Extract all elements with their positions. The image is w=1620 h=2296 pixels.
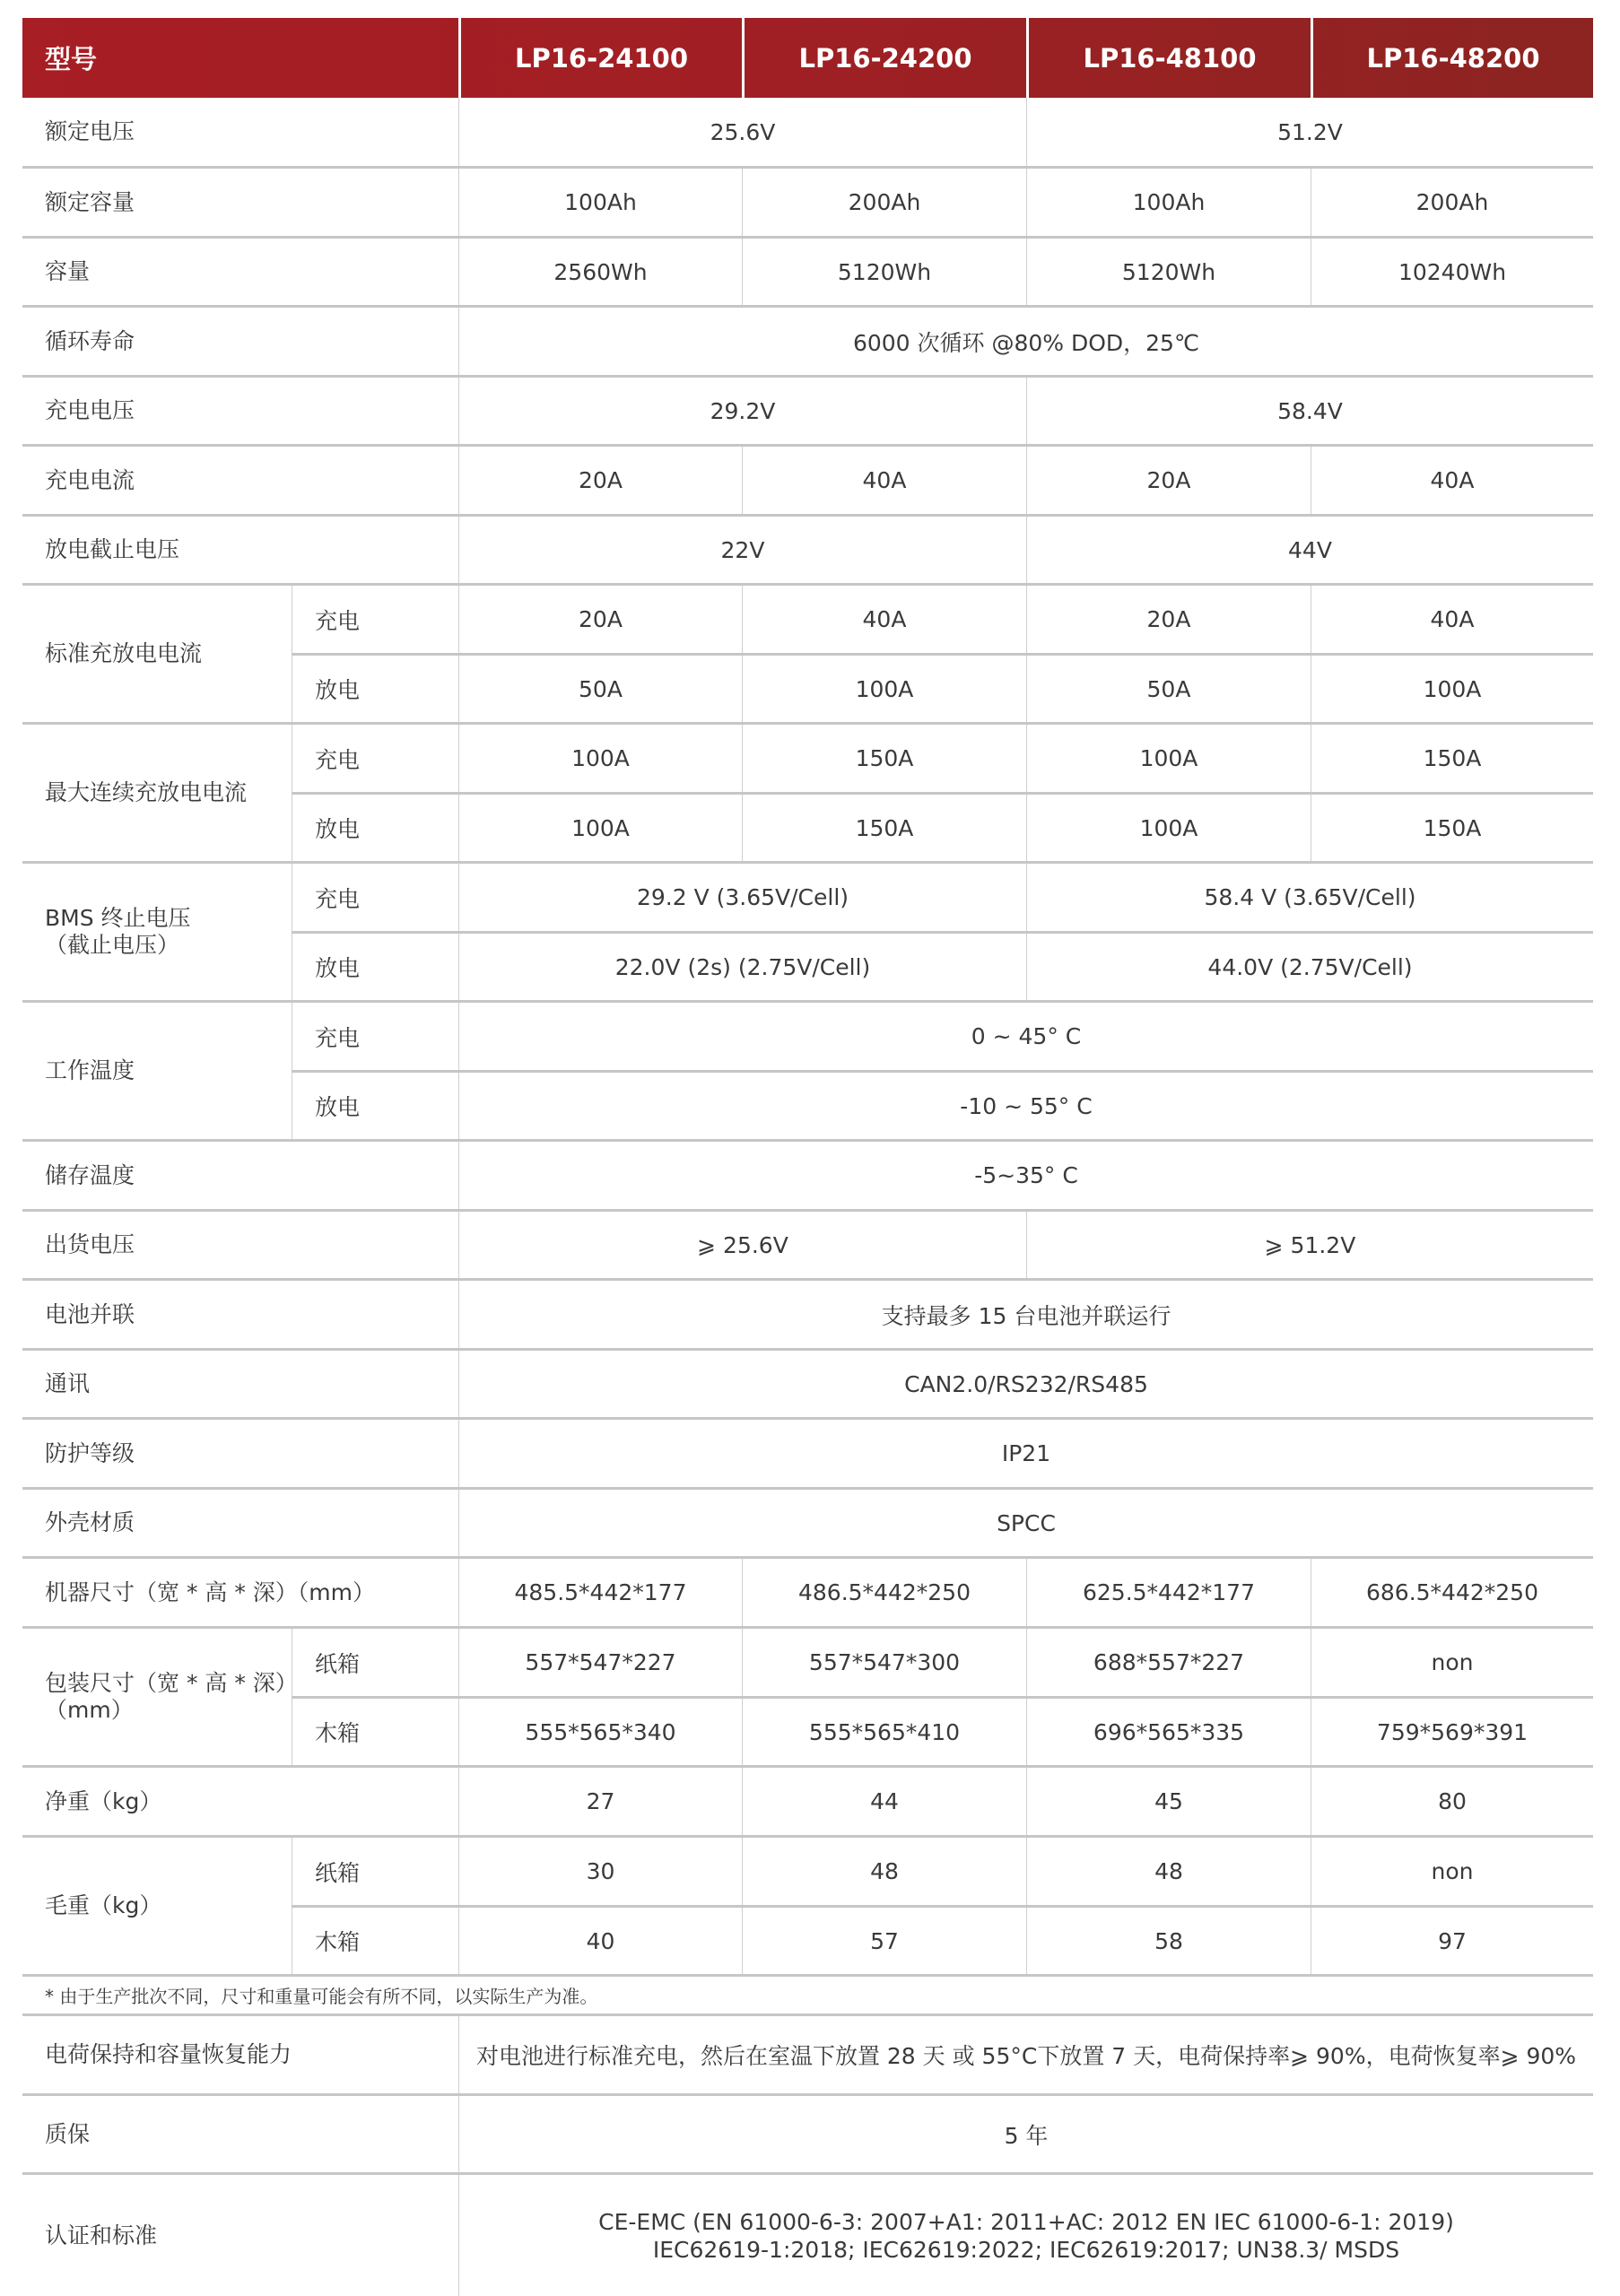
subrow-charge: 充电 29.2 V (3.65V/Cell) 58.4 V (3.65V/Cel… bbox=[292, 864, 1593, 934]
cert-line-2: IEC62619-1:2018; IEC62619:2022; IEC62619… bbox=[653, 2236, 1399, 2264]
row-label: 额定容量 bbox=[22, 169, 458, 236]
cell-24v: 29.2V bbox=[458, 378, 1026, 444]
row-label: 充电电流 bbox=[22, 447, 458, 514]
cell: 40A bbox=[742, 447, 1026, 514]
row-label: 充电电压 bbox=[22, 378, 458, 444]
cell: 100A bbox=[742, 656, 1026, 722]
cell-span: 支持最多 15 台电池并联运行 bbox=[458, 1281, 1593, 1348]
table-row-housing: 外壳材质 SPCC bbox=[22, 1490, 1593, 1559]
sub-label: 纸箱 bbox=[292, 1838, 458, 1905]
cell: 485.5*442*177 bbox=[458, 1559, 742, 1626]
sub-label: 充电 bbox=[292, 864, 458, 931]
cell: 555*565*340 bbox=[458, 1699, 742, 1765]
cell: 45 bbox=[1026, 1768, 1311, 1835]
table-row-ip-rating: 防护等级 IP21 bbox=[22, 1420, 1593, 1490]
row-label: 储存温度 bbox=[22, 1142, 458, 1209]
cell: 486.5*442*250 bbox=[742, 1559, 1026, 1626]
row-label: 循环寿命 bbox=[22, 308, 458, 375]
cell: 100A bbox=[458, 725, 742, 792]
table-row-parallel: 电池并联 支持最多 15 台电池并联运行 bbox=[22, 1281, 1593, 1351]
table-row-max-current: 最大连续充放电电流 充电 100A 150A 100A 150A 放电 100A… bbox=[22, 725, 1593, 864]
row-label: 认证和标准 bbox=[22, 2175, 458, 2296]
cell: 100Ah bbox=[458, 169, 742, 236]
cell: 10240Wh bbox=[1311, 239, 1593, 305]
cell-span: 对电池进行标准充电，然后在室温下放置 28 天 或 55°C下放置 7 天，电荷… bbox=[458, 2016, 1593, 2093]
cell-48v: 58.4V bbox=[1026, 378, 1593, 444]
cell: non bbox=[1311, 1629, 1593, 1696]
table-row-capacity: 容量 2560Wh 5120Wh 5120Wh 10240Wh bbox=[22, 239, 1593, 308]
cell-span: IP21 bbox=[458, 1420, 1593, 1487]
cell: 200Ah bbox=[1311, 169, 1593, 236]
cell: 150A bbox=[1311, 725, 1593, 792]
cell: 100A bbox=[1311, 656, 1593, 722]
sub-label: 放电 bbox=[292, 656, 458, 722]
cell: 100A bbox=[458, 795, 742, 861]
table-row-bms-voltage: BMS 终止电压 （截止电压） 充电 29.2 V (3.65V/Cell) 5… bbox=[22, 864, 1593, 1003]
cell: 557*547*300 bbox=[742, 1629, 1026, 1696]
cell: 80 bbox=[1311, 1768, 1593, 1835]
header-model-label: 型号 bbox=[22, 18, 458, 98]
row-label: 包装尺寸（宽 * 高 * 深） （mm） bbox=[22, 1629, 292, 1765]
subrow-discharge: 放电 -10 ~ 55° C bbox=[292, 1073, 1593, 1139]
cell-span: 0 ~ 45° C bbox=[458, 1003, 1593, 1070]
cell: 625.5*442*177 bbox=[1026, 1559, 1311, 1626]
row-label-line1: BMS 终止电压 bbox=[45, 905, 191, 932]
subrow-wooden: 木箱 40 57 58 97 bbox=[292, 1908, 1593, 1974]
cell: 5120Wh bbox=[1026, 239, 1311, 305]
table-row-cycle-life: 循环寿命 6000 次循环 @80% DOD，25℃ bbox=[22, 308, 1593, 378]
sub-label: 充电 bbox=[292, 1003, 458, 1070]
table-row-charge-voltage: 充电电压 29.2V 58.4V bbox=[22, 378, 1593, 447]
cell-span: CE-EMC (EN 61000-6-3: 2007+A1: 2011+AC: … bbox=[458, 2175, 1593, 2296]
cell: 20A bbox=[458, 447, 742, 514]
cell: 686.5*442*250 bbox=[1311, 1559, 1593, 1626]
cell: 2560Wh bbox=[458, 239, 742, 305]
cell: 759*569*391 bbox=[1311, 1699, 1593, 1765]
row-label: 质保 bbox=[22, 2096, 458, 2172]
cell: 557*547*227 bbox=[458, 1629, 742, 1696]
table-row-storage-temp: 储存温度 -5~35° C bbox=[22, 1142, 1593, 1212]
sub-label: 放电 bbox=[292, 1073, 458, 1139]
header-model-3: LP16-48100 bbox=[1026, 18, 1311, 98]
cell-span: 6000 次循环 @80% DOD，25℃ bbox=[458, 308, 1593, 375]
sub-label: 放电 bbox=[292, 934, 458, 1000]
cell: 44 bbox=[742, 1768, 1026, 1835]
sub-label: 纸箱 bbox=[292, 1629, 458, 1696]
subrow-carton: 纸箱 557*547*227 557*547*300 688*557*227 n… bbox=[292, 1629, 1593, 1699]
cell: 555*565*410 bbox=[742, 1699, 1026, 1765]
table-row-warranty: 质保 5 年 bbox=[22, 2096, 1593, 2175]
row-label: 工作温度 bbox=[22, 1003, 292, 1139]
row-label: 容量 bbox=[22, 239, 458, 305]
cell-24v: ⩾ 25.6V bbox=[458, 1212, 1026, 1278]
cell: 97 bbox=[1311, 1908, 1593, 1974]
table-row-ship-voltage: 出货电压 ⩾ 25.6V ⩾ 51.2V bbox=[22, 1212, 1593, 1281]
cell: 150A bbox=[742, 725, 1026, 792]
cell: 48 bbox=[742, 1838, 1026, 1905]
cell-24v: 29.2 V (3.65V/Cell) bbox=[458, 864, 1026, 931]
cell: 20A bbox=[1026, 447, 1311, 514]
row-label-line1: 包装尺寸（宽 * 高 * 深） bbox=[45, 1670, 292, 1697]
cell: 40A bbox=[1311, 586, 1593, 653]
cell-span: 5 年 bbox=[458, 2096, 1593, 2172]
table-row-std-current: 标准充放电电流 充电 20A 40A 20A 40A 放电 50A 100A 5… bbox=[22, 586, 1593, 725]
row-label: 防护等级 bbox=[22, 1420, 458, 1487]
subrow-discharge: 放电 100A 150A 100A 150A bbox=[292, 795, 1593, 861]
row-label: 放电截止电压 bbox=[22, 517, 458, 583]
table-row-net-weight: 净重（kg） 27 44 45 80 bbox=[22, 1768, 1593, 1838]
table-row-rated-capacity: 额定容量 100Ah 200Ah 100Ah 200Ah bbox=[22, 169, 1593, 239]
row-label: 机器尺寸（宽 * 高 * 深）（mm） bbox=[22, 1559, 458, 1626]
cell: 57 bbox=[742, 1908, 1026, 1974]
header-model-1: LP16-24100 bbox=[458, 18, 742, 98]
row-label: 净重（kg） bbox=[22, 1768, 458, 1835]
table-row-discharge-cutoff: 放电截止电压 22V 44V bbox=[22, 517, 1593, 586]
cell: 40A bbox=[1311, 447, 1593, 514]
sub-label: 木箱 bbox=[292, 1908, 458, 1974]
table-row-charge-retention: 电荷保持和容量恢复能力 对电池进行标准充电，然后在室温下放置 28 天 或 55… bbox=[22, 2016, 1593, 2096]
row-label: 外壳材质 bbox=[22, 1490, 458, 1556]
table-row-rated-voltage: 额定电压 25.6V 51.2V bbox=[22, 98, 1593, 169]
table-row-gross-weight: 毛重（kg） 纸箱 30 48 48 non 木箱 40 57 58 97 bbox=[22, 1838, 1593, 1977]
footnote: * 由于生产批次不同，尺寸和重量可能会有所不同，以实际生产为准。 bbox=[22, 1977, 1593, 2016]
cell-48v: 44.0V (2.75V/Cell) bbox=[1026, 934, 1593, 1000]
cell: 50A bbox=[458, 656, 742, 722]
cell: 696*565*335 bbox=[1026, 1699, 1311, 1765]
cell-span: CAN2.0/RS232/RS485 bbox=[458, 1351, 1593, 1417]
cell-48v: ⩾ 51.2V bbox=[1026, 1212, 1593, 1278]
cell: 150A bbox=[1311, 795, 1593, 861]
row-label: 额定电压 bbox=[22, 98, 458, 166]
cell: 5120Wh bbox=[742, 239, 1026, 305]
cell-48v: 58.4 V (3.65V/Cell) bbox=[1026, 864, 1593, 931]
cell-24v: 22V bbox=[458, 517, 1026, 583]
table-row-communication: 通讯 CAN2.0/RS232/RS485 bbox=[22, 1351, 1593, 1420]
subrow-wooden: 木箱 555*565*340 555*565*410 696*565*335 7… bbox=[292, 1699, 1593, 1765]
cell: 150A bbox=[742, 795, 1026, 861]
cell: 100A bbox=[1026, 795, 1311, 861]
cell: 20A bbox=[458, 586, 742, 653]
cell: 27 bbox=[458, 1768, 742, 1835]
subrow-discharge: 放电 50A 100A 50A 100A bbox=[292, 656, 1593, 722]
sub-label: 充电 bbox=[292, 725, 458, 792]
spec-table: 型号 LP16-24100 LP16-24200 LP16-48100 LP16… bbox=[22, 18, 1593, 2296]
table-row-charge-current: 充电电流 20A 40A 20A 40A bbox=[22, 447, 1593, 517]
subrow-carton: 纸箱 30 48 48 non bbox=[292, 1838, 1593, 1908]
sub-label: 充电 bbox=[292, 586, 458, 653]
cell-24v: 25.6V bbox=[458, 98, 1026, 166]
cell: 40A bbox=[742, 586, 1026, 653]
cell: 30 bbox=[458, 1838, 742, 1905]
cell-span: -5~35° C bbox=[458, 1142, 1593, 1209]
cell: non bbox=[1311, 1838, 1593, 1905]
cell: 40 bbox=[458, 1908, 742, 1974]
subrow-charge: 充电 20A 40A 20A 40A bbox=[292, 586, 1593, 656]
cell-span: -10 ~ 55° C bbox=[458, 1073, 1593, 1139]
cell-24v: 22.0V (2s) (2.75V/Cell) bbox=[458, 934, 1026, 1000]
row-label: 电荷保持和容量恢复能力 bbox=[22, 2016, 458, 2093]
table-row-package-size: 包装尺寸（宽 * 高 * 深） （mm） 纸箱 557*547*227 557*… bbox=[22, 1629, 1593, 1768]
cell: 50A bbox=[1026, 656, 1311, 722]
row-label: 最大连续充放电电流 bbox=[22, 725, 292, 861]
cell-48v: 51.2V bbox=[1026, 98, 1593, 166]
table-header: 型号 LP16-24100 LP16-24200 LP16-48100 LP16… bbox=[22, 18, 1593, 98]
subrow-charge: 充电 0 ~ 45° C bbox=[292, 1003, 1593, 1073]
row-label: 标准充放电电流 bbox=[22, 586, 292, 722]
table-row-operating-temp: 工作温度 充电 0 ~ 45° C 放电 -10 ~ 55° C bbox=[22, 1003, 1593, 1142]
cell: 58 bbox=[1026, 1908, 1311, 1974]
row-label: BMS 终止电压 （截止电压） bbox=[22, 864, 292, 1000]
cell: 100Ah bbox=[1026, 169, 1311, 236]
cell: 200Ah bbox=[742, 169, 1026, 236]
cell-48v: 44V bbox=[1026, 517, 1593, 583]
cell: 688*557*227 bbox=[1026, 1629, 1311, 1696]
cell: 100A bbox=[1026, 725, 1311, 792]
cert-line-1: CE-EMC (EN 61000-6-3: 2007+A1: 2011+AC: … bbox=[598, 2208, 1454, 2236]
row-label: 电池并联 bbox=[22, 1281, 458, 1348]
subrow-discharge: 放电 22.0V (2s) (2.75V/Cell) 44.0V (2.75V/… bbox=[292, 934, 1593, 1000]
row-label: 出货电压 bbox=[22, 1212, 458, 1278]
header-model-4: LP16-48200 bbox=[1311, 18, 1593, 98]
sub-label: 放电 bbox=[292, 795, 458, 861]
header-model-2: LP16-24200 bbox=[742, 18, 1026, 98]
table-row-certification: 认证和标准 CE-EMC (EN 61000-6-3: 2007+A1: 201… bbox=[22, 2175, 1593, 2296]
subrow-charge: 充电 100A 150A 100A 150A bbox=[292, 725, 1593, 795]
sub-label: 木箱 bbox=[292, 1699, 458, 1765]
table-row-machine-size: 机器尺寸（宽 * 高 * 深）（mm） 485.5*442*177 486.5*… bbox=[22, 1559, 1593, 1629]
row-label-line2: （mm） bbox=[45, 1697, 134, 1724]
cell-span: SPCC bbox=[458, 1490, 1593, 1556]
row-label-line2: （截止电压） bbox=[45, 932, 179, 959]
row-label: 通讯 bbox=[22, 1351, 458, 1417]
row-label: 毛重（kg） bbox=[22, 1838, 292, 1974]
cell: 48 bbox=[1026, 1838, 1311, 1905]
cell: 20A bbox=[1026, 586, 1311, 653]
